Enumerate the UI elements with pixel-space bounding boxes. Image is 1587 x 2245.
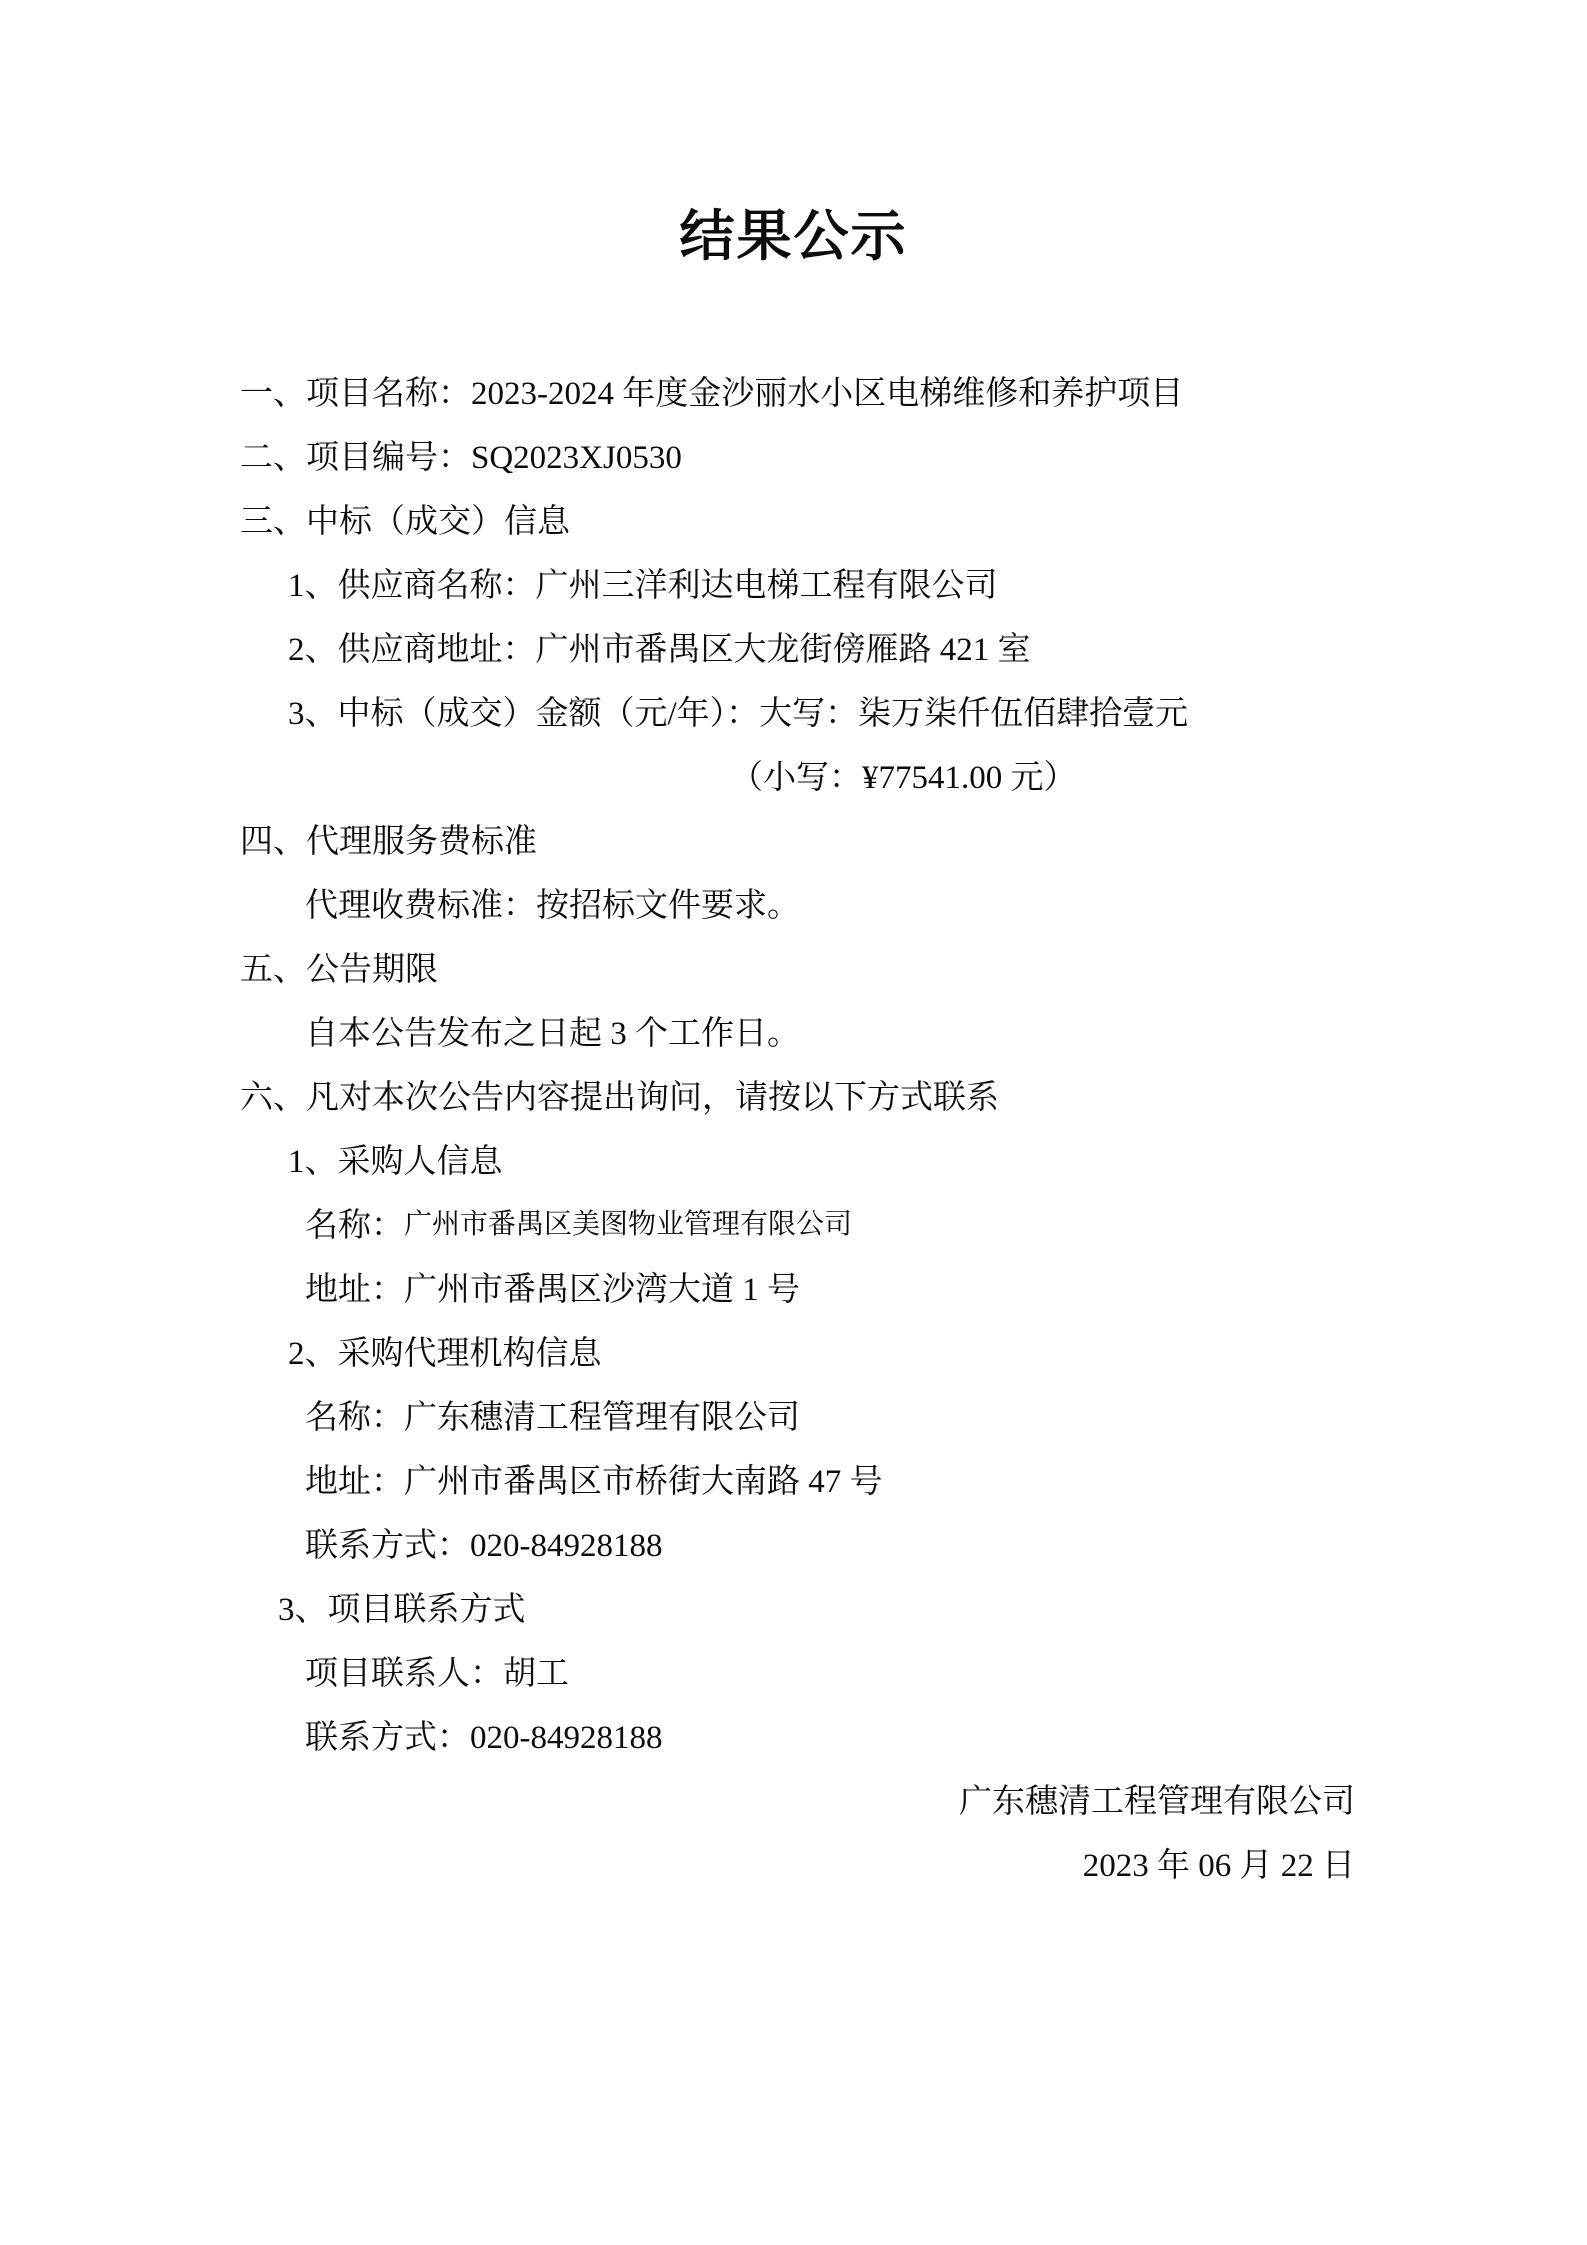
field-supplier-address: 2、供应商地址：广州市番禺区大龙街傍雁路 421 室: [240, 614, 1355, 678]
heading-inquiry: 六、凡对本次公告内容提出询问，请按以下方式联系: [240, 1062, 1355, 1126]
purchaser-name-label: 名称：: [305, 1199, 404, 1246]
heading-agency-fee: 四、代理服务费标准: [240, 806, 1355, 870]
field-award-amount-capital: 3、中标（成交）金额（元/年）：大写：柒万柒仟伍佰肆拾壹元: [240, 678, 1355, 742]
field-project-number: 二、项目编号：SQ2023XJ0530: [240, 422, 1355, 486]
field-purchaser-name: 名称：广州市番禺区美图物业管理有限公司: [240, 1190, 1355, 1254]
field-project-name: 一、项目名称：2023-2024 年度金沙丽水小区电梯维修和养护项目: [240, 358, 1355, 422]
heading-announcement-period: 五、公告期限: [240, 934, 1355, 998]
signature-date: 2023 年 06 月 22 日: [240, 1830, 1355, 1894]
heading-award-info: 三、中标（成交）信息: [240, 486, 1355, 550]
field-purchaser-address: 地址：广州市番禺区沙湾大道 1 号: [240, 1254, 1355, 1318]
heading-purchaser-info: 1、采购人信息: [240, 1126, 1355, 1190]
field-agency-address: 地址：广州市番禺区市桥街大南路 47 号: [240, 1446, 1355, 1510]
heading-agency-info: 2、采购代理机构信息: [240, 1318, 1355, 1382]
document-body: 一、项目名称：2023-2024 年度金沙丽水小区电梯维修和养护项目 二、项目编…: [240, 358, 1355, 1894]
heading-project-contact: 3、项目联系方式: [240, 1574, 1355, 1638]
field-project-contact-phone: 联系方式：020-84928188: [240, 1702, 1355, 1766]
field-agency-contact: 联系方式：020-84928188: [240, 1510, 1355, 1574]
field-agency-name: 名称：广东穗清工程管理有限公司: [240, 1382, 1355, 1446]
field-award-amount-numeric: （小写：¥77541.00 元）: [240, 742, 1355, 806]
signature-company: 广东穗清工程管理有限公司: [240, 1766, 1355, 1830]
document-title: 结果公示: [0, 192, 1587, 271]
document-page: 结果公示 一、项目名称：2023-2024 年度金沙丽水小区电梯维修和养护项目 …: [0, 0, 1587, 2245]
field-announcement-period-detail: 自本公告发布之日起 3 个工作日。: [240, 998, 1355, 1062]
field-supplier-name: 1、供应商名称：广州三洋利达电梯工程有限公司: [240, 550, 1355, 614]
field-agency-fee-detail: 代理收费标准：按招标文件要求。: [240, 870, 1355, 934]
field-project-contact-person: 项目联系人：胡工: [240, 1638, 1355, 1702]
purchaser-name-value: 广州市番禺区美图物业管理有限公司: [404, 1202, 852, 1242]
